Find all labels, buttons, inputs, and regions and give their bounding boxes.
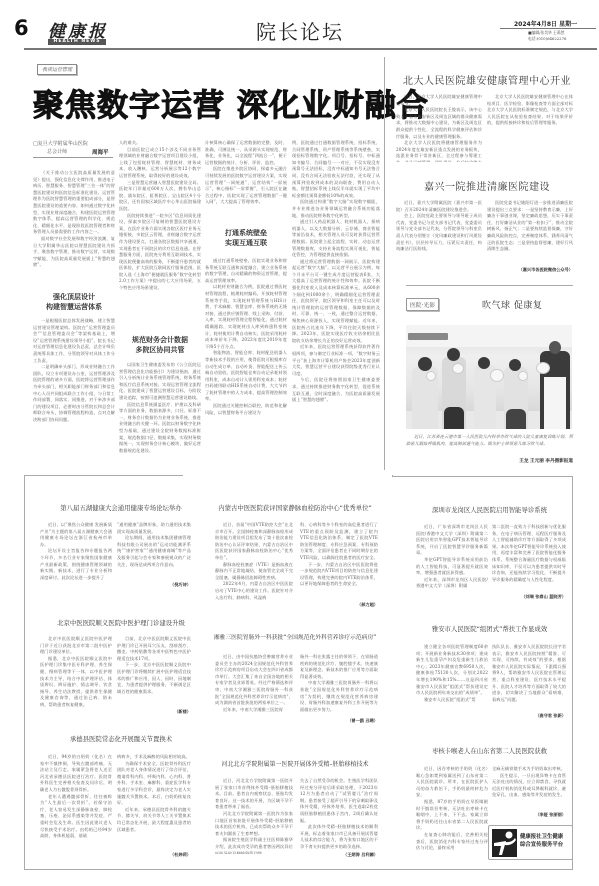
column-divider	[384, 57, 385, 470]
child-head	[509, 359, 521, 371]
paragraph: 雅安市人民医院“组团式”帮	[416, 697, 488, 704]
paragraph: “通用健康”品牌形象，助力通用技术集团实现高质量发展。	[117, 522, 191, 535]
column-tag: 我读运营管理	[37, 64, 77, 75]
box-top-border	[392, 476, 573, 477]
paragraph: 医院党委书记姚阳灯进一步推进清廉医院建设提出三点要求：一是坚持教育示廉，上好廉洁…	[487, 200, 573, 252]
paragraph: 近日，广东省深圳市龙岗区人民医院/香港中文大学（深圳）附属第二医院启用宗华智能G…	[416, 524, 488, 557]
paragraph: 近日，以“聚焦公众健康 发展新质产业”为主题的第八届五湖健康大会通用健康专场论坛…	[40, 522, 112, 548]
author-title: 总会计师	[47, 148, 67, 155]
box-bottom-border	[24, 869, 390, 870]
nurse-coat	[544, 377, 566, 429]
paragraph: 河北北方学院附属第一医院作为张家口地区首家获批开展体外受精–胚胎移植技术的医疗机…	[215, 811, 293, 837]
byline: （嘉兴市各医院微信公众号）	[487, 267, 573, 273]
child-head	[447, 348, 460, 361]
subhead-line: 实现互通互联	[205, 238, 287, 248]
paragraph: 例，医院通过打通数据管理系统、招标系统、合同管理系统、资产管理系统等系统壁垒，实…	[292, 140, 380, 199]
paragraph: 失去了自然受孕的机会。生殖医学科团队经过充分评估后即采取处理，于2023年12月…	[300, 778, 378, 824]
paragraph: 下一步，内蒙古自治区中医医院将进一步规范院内VTE项目的防控与信息化建设管理，构…	[300, 562, 378, 588]
story-column: 近日，因吞枣核的手奶奶（化名）喉心急如焚到家属送到了山东省第二人民医院就诊。所幸…	[416, 766, 488, 864]
lead-column-3: 计核算核心确保了运营数据的完整、及时、准确，可溯及统一，从采源头实现规范、财务化…	[205, 140, 287, 212]
story-headline[interactable]: 湘雅三医院胃肠外一科获批“全国规范化外科营养诊疗示范病房”	[196, 632, 394, 641]
paragraph: 近年来，医院运营管理系统获得软件著作权两项，参与制定行业标准一项，“数字财务云平…	[292, 344, 380, 377]
byline: （新楼）	[117, 709, 191, 715]
paragraph: 近日，94岁的白奶奶（化名）在家中不慎摔倒，导致右髋部疼痛，无法站立及行走。家属…	[40, 754, 112, 794]
story-headline[interactable]: 嘉兴一院推进清廉医院建设	[396, 178, 578, 193]
story-column: 第二医院一直致力于科技创新与优化服务，在电子病历管理、远程医疗服务及人工智能辅助…	[492, 524, 566, 590]
story-headline[interactable]: 北京中医医院顺义医院中医护理门诊建设升级	[30, 618, 212, 627]
story-divider	[406, 285, 573, 286]
paragraph: 华佗GPT智能导诊系统采用前沿的人工智能科技，可显著提升就医效率，增强患者就医获…	[416, 557, 488, 577]
paragraph: 近日，由中国抗癌协会肿瘤营养专业委员会主办的2024全国规范化外科营养诊疗示范病…	[215, 654, 293, 707]
story-headline[interactable]: 枣核卡喉老人在山东省第二人民医院获救	[406, 746, 573, 755]
subhead-line: 打通系统壁垒	[205, 228, 287, 238]
paragraph: 以耗材业财融合为例，医院通过将医耗材管理流程，梳理耗材编码，开放耗材管理系统等手…	[205, 284, 287, 350]
paragraph: 近年来，承德县医院骨外科的髋关节、膝关节、肩关节等人工关节置换术均已常态化开展，…	[117, 807, 191, 833]
child-pants	[506, 409, 526, 429]
subhead-line: 构建智慧运营体系	[33, 302, 115, 312]
paragraph: 论坛开设主旨报告和专题报告两个环节，多名行业专家聚焦国家健康产业最新政策，围绕健…	[40, 548, 112, 581]
paragraph: 科、心病科等多个科室的高危患者进行了VTE的重点预防及监测，建立了院内VTE信息…	[300, 522, 378, 562]
subhead-1: 强化顶层设计 构建智慧运营体系	[33, 292, 115, 312]
paragraph: 计核算核心确保了运营数据的完整、及时、准确，可溯及统一，从采源头实现规范、财务化…	[205, 140, 287, 166]
photo-credits: 王龙 王元丽 李丹摄影报道	[406, 458, 573, 464]
subhead-3: 打通系统壁垒 实现互通互联	[205, 228, 287, 248]
paper-logo-english: HEALTH NEWS	[48, 39, 106, 45]
paragraph: 肠外一科在张露主任的带领下，在胃肠道疾病的规范化诊疗、腹腔镜手术、快速康复及新理…	[300, 654, 378, 680]
story-column: 近日，94岁的白奶奶（化名）在家中不慎摔倒，导致右髋部疼痛，无法站立及行走。家属…	[40, 754, 112, 864]
box-right-border	[572, 476, 573, 870]
masthead-rule	[24, 48, 597, 50]
story-column: 病病多，手术及麻醉的风险相对较高。 为确保手术安全，医院骨外科医疗团队对老人身体…	[117, 754, 191, 854]
date-divider	[500, 28, 596, 29]
story-column: 近日，嘉兴大学附属医院（嘉兴市第一医院）召开2024年清廉医院建设推进会。 会上…	[396, 200, 482, 260]
paragraph: 近日，北京大学人民医院雄安健康管理中心开业。	[396, 94, 482, 107]
paragraph: 全麻无痛胃镜手术为手奶奶取出枣核。	[492, 766, 566, 773]
subhead-line: 多院区协同共管	[119, 345, 201, 355]
author-name: 周海平	[92, 148, 109, 156]
lead-column-3b: 通过打通系统壁垒，医院实现业务和财务系统互联互通和深度融合，建立业务系统的数字管…	[205, 258, 287, 470]
paragraph: 今后，医院还将按照国家卫生健康委要求，通过持续推进财务数字化转型，促进系统互联互…	[292, 377, 380, 403]
paragraph: 病病多，手术及麻醉的风险相对较高。	[117, 754, 191, 761]
paragraph: 目前，北京中医医院顺义医院中医护理门诊已开展耳穴压丸、刮痧刮疗、撒龙、中药贴敷等…	[117, 636, 191, 662]
story-column: 近日，河北北方学院附属第一医院开展了张家口市首例体外受精–胚胎移植技术。目前，患…	[215, 778, 293, 854]
subhead-line: 规范财务会计数据	[119, 335, 201, 345]
story-headline[interactable]: 雅安市人民医院“组团式”帮扶工作显成效	[406, 624, 573, 633]
story-column: 医院党委书记姚阳灯进一步推进清廉医院建设提出三点要求：一是坚持教育示廉，上好廉洁…	[487, 200, 573, 252]
lead-headline[interactable]: 聚焦数字运营 深化业财融合	[33, 80, 429, 125]
paragraph: 通过引入药品机器人、耗材机器人、探病机器人，以及大数据分析、云存储、商业智能等前…	[292, 219, 380, 259]
paragraph: 建立健全各项医院管理制度60余项；开展新业务新技术30余项；建成新生儿危重孕产妇…	[416, 644, 488, 697]
story-column: 科、心病科等多个科室的高危患者进行了VTE的重点预防及监测，建立了院内VTE信息…	[300, 522, 378, 598]
balloon	[490, 369, 504, 382]
paragraph: 近年来，中南大学湘雅三医院胃	[215, 707, 293, 714]
story-column: 扶队队长、雅安市人民医院院长田宇君表示，雅安市人民医院按照“精准、可实现、可持续…	[492, 644, 566, 708]
nurse-head	[549, 341, 561, 354]
story-headline[interactable]: 深圳市龙岗区人民医院启用智能导诊系统	[406, 505, 573, 514]
paragraph: 近日，嘉兴大学附属医院（嘉兴市第一医院）召开2024年清廉医院建设推进会。	[396, 200, 482, 213]
section-title: 院长论坛	[256, 16, 344, 45]
badge-line: 健康报社卫生健康	[520, 833, 563, 841]
photo-tag: 医院·光影	[406, 298, 439, 311]
paragraph: 以国家卫生健康委发布的《公立医院运营管理信息化功能指引》为建设指南，通过引入分析…	[119, 362, 201, 402]
story-headline[interactable]: 北大人民医院雄安健康管理中心开业	[396, 72, 578, 87]
story-headline[interactable]: 内蒙古中医医院获评国家静脉血栓防治中心“优秀单位”	[200, 503, 390, 512]
paragraph: 近日，首届“中国VTE防控大会”在北京市召开。全国肺栓塞和深静脉血栓形成防治能力…	[215, 522, 293, 562]
balloon	[536, 362, 550, 374]
byline: （李娅 张丽丽）	[492, 812, 566, 818]
story-column: 近日，广东省深圳市龙岗区人民医院/香港中文大学（深圳）附属第二医院启用宗华智能G…	[416, 524, 488, 596]
byline: （高守君 张新）	[492, 713, 566, 719]
story-headline[interactable]: 承德县医院常态化开展髋关节置换术	[30, 734, 212, 743]
paragraph: 下一步，北京中医医院顺义医院中医护理门诊将继续扩展中医护理适宜技术的推广和应用，…	[117, 662, 191, 695]
story-column: “通用健康”品牌形象，助力通用技术集团实现高质量发展。 论坛期间，通用技术集团健…	[117, 522, 191, 577]
balloon	[518, 371, 528, 381]
paragraph: 为确保手术安全，医院骨外科医疗团队对老人身体情况进行了综合评估，邀请骨科内科、呼…	[117, 761, 191, 807]
paragraph: 目前医院已成立15个涉及不同业务管理领域的业财融合数字运营项目建设小组，上线了包…	[119, 147, 201, 180]
byline: （刘瑞 张春山 蓝晓芳）	[470, 594, 566, 600]
lead-column-4: 例，医院通过打通数据管理系统、招标系统、合同管理系统、资产管理系统等系统壁垒，实…	[292, 140, 380, 470]
paragraph: 第二医院一直致力于科技创新与优化服务，在电子病历管理、远程医疗服务及人工智能辅助…	[492, 524, 566, 583]
paragraph: 北京大学人民医院院长王俊表示，该中心致力于服务雄安新区及周边区域的群众健康需求，…	[396, 107, 482, 140]
paragraph: 据该院生殖医学科副主任医师陈雅华介绍，此次成功受孕的患者曾因两次异位妊娠导致双侧…	[215, 837, 293, 854]
story-headline[interactable]: 河北北方学院附属第一医院开展体外受精–胚胎移植技术	[196, 759, 394, 768]
paragraph: 近日，河北北方学院附属第一医院开展了张家口市首例体外受精–胚胎移植技术。目前，患…	[215, 778, 293, 811]
story-column: 近日，首届“中国VTE防控大会”在北京市召开。全国肺栓塞和深静脉血栓形成防治能力…	[215, 522, 293, 610]
author-rule	[33, 157, 113, 158]
paragraph: 论坛期间，通用技术集团健康管理科技有限公司展出的“运动功能测评系统”“康护营家”…	[117, 535, 191, 568]
paragraph: 三是智慧运营融入智慧医院建设全局。医院年门诊量近600万人次，拥有华山总院、浦东…	[119, 180, 201, 213]
paragraph: 老年人遭遇髋部骨折，往往被称为“人生最后一次骨折”。若保守治疗，老人容易发生深静…	[40, 794, 112, 840]
story-headline[interactable]: 第八届五湖健康大会通用健康专场论坛举办	[30, 503, 212, 512]
story-column: 目前，北京中医医院顺义医院中医护理门诊已开展耳穴压丸、刮痧刮疗、撒龙、中药贴敷等…	[117, 636, 191, 698]
child-head	[418, 357, 432, 371]
paragraph: 北京大学人民医院雄安健康管理中心在体检项目、医学检验、影像检查等方面全部对标北京…	[487, 94, 573, 127]
paragraph: 在复查心肺功能后，完善相关检查后，医院消化内科专家经过充分评估与讨论，最终采用	[416, 832, 488, 852]
paragraph: 静脉血栓栓塞症（VTE）是指血液在静脉内不正常地凝结，使血管完全或不完全阻塞，属…	[215, 562, 293, 582]
paragraph: 人的难关。	[119, 140, 201, 147]
news-photo[interactable]	[406, 325, 572, 429]
paragraph: 2022年4月，内蒙古自治区中医医院启动了VTE中心的建设工作。医院针对介入治疗…	[215, 581, 293, 601]
paragraph: 北京大学人民医院将健康管理服务作为2024年度在雄安新区重点发展的业务板块，选派…	[396, 140, 482, 162]
byline: （杜炜莉）	[117, 852, 191, 858]
balloon	[452, 363, 464, 374]
story-column: 北京大学人民医院雄安健康管理中心在体检项目、医学检验、影像检查等方面全部对标北京…	[487, 94, 573, 162]
lead-column-2: 人的难关。 目前医院已成立15个涉及不同业务管理领域的业财融合数字运营项目建设小…	[119, 140, 201, 335]
photo-caption: 近日，江苏省连云港市第一人民医院儿内科举办吹气球的入院儿童康复训练计划，帮助患儿…	[406, 434, 573, 447]
paragraph: 北京中医医院顺义医院中医护理门诊于近日获批北京市第二批中医护理门诊建设单位。	[40, 636, 112, 656]
paragraph: 通过打通系统壁垒，医院实现业务和财务系统互联互通和深度融合，建立业务系统的数字管…	[205, 258, 287, 284]
box-left-border	[24, 475, 25, 870]
paragraph: 《关于推动公立医院高质量发展的意见》提出，强化信息化支撑作用，推进电子病历、智慧…	[33, 170, 115, 236]
paragraph: 医生提示，一旦出现异物卡在食管无法吐出的情况，应立即禁食，寻找就近医疗机构消化科…	[492, 773, 566, 799]
paragraph: 会上，医院党政主要领导与领导班子成员代表，党委书记与党支部书记代表，党委委员领导…	[396, 213, 482, 253]
issue-date: 2024年4月8日 星期一	[514, 19, 577, 28]
health-platform-logo-icon	[492, 829, 517, 857]
paragraph: 医院通过构建“数字大脑”实现数字赋能，并专业推进各业务领域运营融合系统功能落地，…	[292, 199, 380, 219]
story-column: 失去了自然受孕的机会。生殖医学科团队经过充分评估后即采取处理，于2023年12月…	[300, 778, 378, 852]
subhead-2: 规范财务会计数据 多院区协同共管	[119, 335, 201, 355]
badge-line: 综合宣传服务平台	[520, 841, 563, 849]
page-number: 6	[14, 16, 29, 40]
paragraph: 二是明确牵头部门，形成业财融合工作团队。设立专项建设办公室，运营管理涉及医院管理…	[33, 364, 115, 423]
lead-column-1b: 一是根据医院总体发展战略，建立智慧运营建设管理架构。医院在“运营管理委员会”“信…	[33, 318, 115, 470]
platform-badge-text: 健康报社卫生健康 综合宣传服务平台	[520, 833, 563, 849]
child-head	[478, 357, 490, 369]
photo-headline[interactable]: 吹气球 促康复	[482, 298, 542, 311]
paragraph: 医院持续推进“一院多区”信息同质化建设，探索多院区可复制的智慧医院建设方案，在医…	[119, 213, 201, 292]
paragraph: 此次体外受精–胚胎移植技术的顺利开展，标志着张家口市已具备开展试管婴儿技术的综合…	[300, 824, 378, 850]
balloon	[426, 371, 436, 381]
story-column: 北京中医医院顺义医院中医护理门诊于近日获批北京市第二批中医护理门诊建设单位。 据…	[40, 636, 112, 710]
box-top-border	[24, 475, 183, 476]
paragraph: 医院在推进多院区协同，探索多元融合可持续发展的医院数字运营建设方案，实现运营管理…	[205, 166, 287, 206]
paragraph: 近日，因吞枣核的手奶奶（化名）喉心急如焚到家属送到了山东省第二人民医院就诊。所幸…	[416, 766, 488, 799]
paragraph: 据悉，北京中医医院顺义医院中医护理门诊集中医专科护理、养生保健、慢病管理等于一体…	[40, 656, 112, 709]
author-org: □复旦大学附属华山医院	[33, 140, 88, 147]
paragraph: 中南大学湘雅三医院胃肠外一科将以获批“全国规范化外科营养诊疗示范病房”为契机，继…	[300, 680, 378, 713]
story-column: 全麻无痛胃镜手术为手奶奶取出枣核。 医生提示，一旦出现异物卡在食管无法吐出的情况…	[492, 766, 566, 810]
wall-sign	[408, 333, 448, 340]
byline: （郝力超）	[300, 602, 378, 608]
child-pants	[444, 407, 464, 429]
story-column: 肠外一科在张露主任的带领下，在胃肠道疾病的规范化诊疗、腹腔镜手术、快速康复及新理…	[300, 654, 378, 714]
byline: （曾一鸥 丑晞）	[300, 718, 378, 724]
phone-line: 电话:(010)64622276	[528, 36, 566, 42]
byline: （倪巧诗）	[117, 582, 191, 588]
story-column: 近日，由中国抗癌协会肿瘤营养专业委员会主办的2024全国规范化外科营养诊疗示范病…	[215, 654, 293, 726]
paragraph: 医院信息系统涵盖医疗、护理以及科研等方面的业务，数据来源多，口径、标准不一，财务…	[119, 402, 201, 455]
paragraph: 据悉，87岁的手奶奶在早饭喝粥时不慎误吞枣核，无法吐出枣核卡在喉咽中，上不来，下…	[416, 799, 488, 832]
lead-column-2b: 以国家卫生健康委发布的《公立医院运营管理信息化功能指引》为建设指南，通过引入分析…	[119, 362, 201, 470]
paragraph: 智能物流、智能仓库、耗材配送机器人等新技术手段的应用，使得医院可根据库存自动生成…	[205, 350, 287, 403]
story-column: 建立健全各项医院管理制度60余项；开展新业务新技术30余项；建成新生儿危重孕产妇…	[416, 644, 488, 716]
paragraph: 近年来，深圳市龙岗区人民医院/香港中文大学（深圳）附属	[416, 577, 488, 590]
paragraph: 面对数字社会发展和数字经济浪潮，复旦大学附属华山医院以智慧医院建设为抓手，聚焦数…	[33, 236, 115, 269]
paragraph: 医院通过关键控制点联控，防范和化解风险，以智慧财务平台建设为	[205, 403, 287, 416]
paragraph: 通过将运营管理数据一网展示，医院构建起运营“数字大脑”。以运营平台展示为例，每个…	[292, 259, 380, 345]
story-column: 近日，以“聚焦公众健康 发展新质产业”为主题的第八届五湖健康大会通用健康专场论坛…	[40, 522, 112, 592]
box-bottom-border	[390, 869, 573, 870]
paragraph: 扶队队长、雅安市人民医院院长田宇君表示，雅安市人民医院按照“精准、可实现、可持续…	[492, 644, 566, 703]
paragraph: 一是根据医院总体发展战略，建立智慧运营建设管理架构。医院在“运营管理委员会”“信…	[33, 318, 115, 364]
subhead-line: 强化顶层设计	[33, 292, 115, 302]
story-column: 近日，北京大学人民医院雄安健康管理中心开业。 北京大学人民医院院长王俊表示，该中…	[396, 94, 482, 162]
byline: （王炳涛 吕利圃）	[300, 852, 378, 858]
